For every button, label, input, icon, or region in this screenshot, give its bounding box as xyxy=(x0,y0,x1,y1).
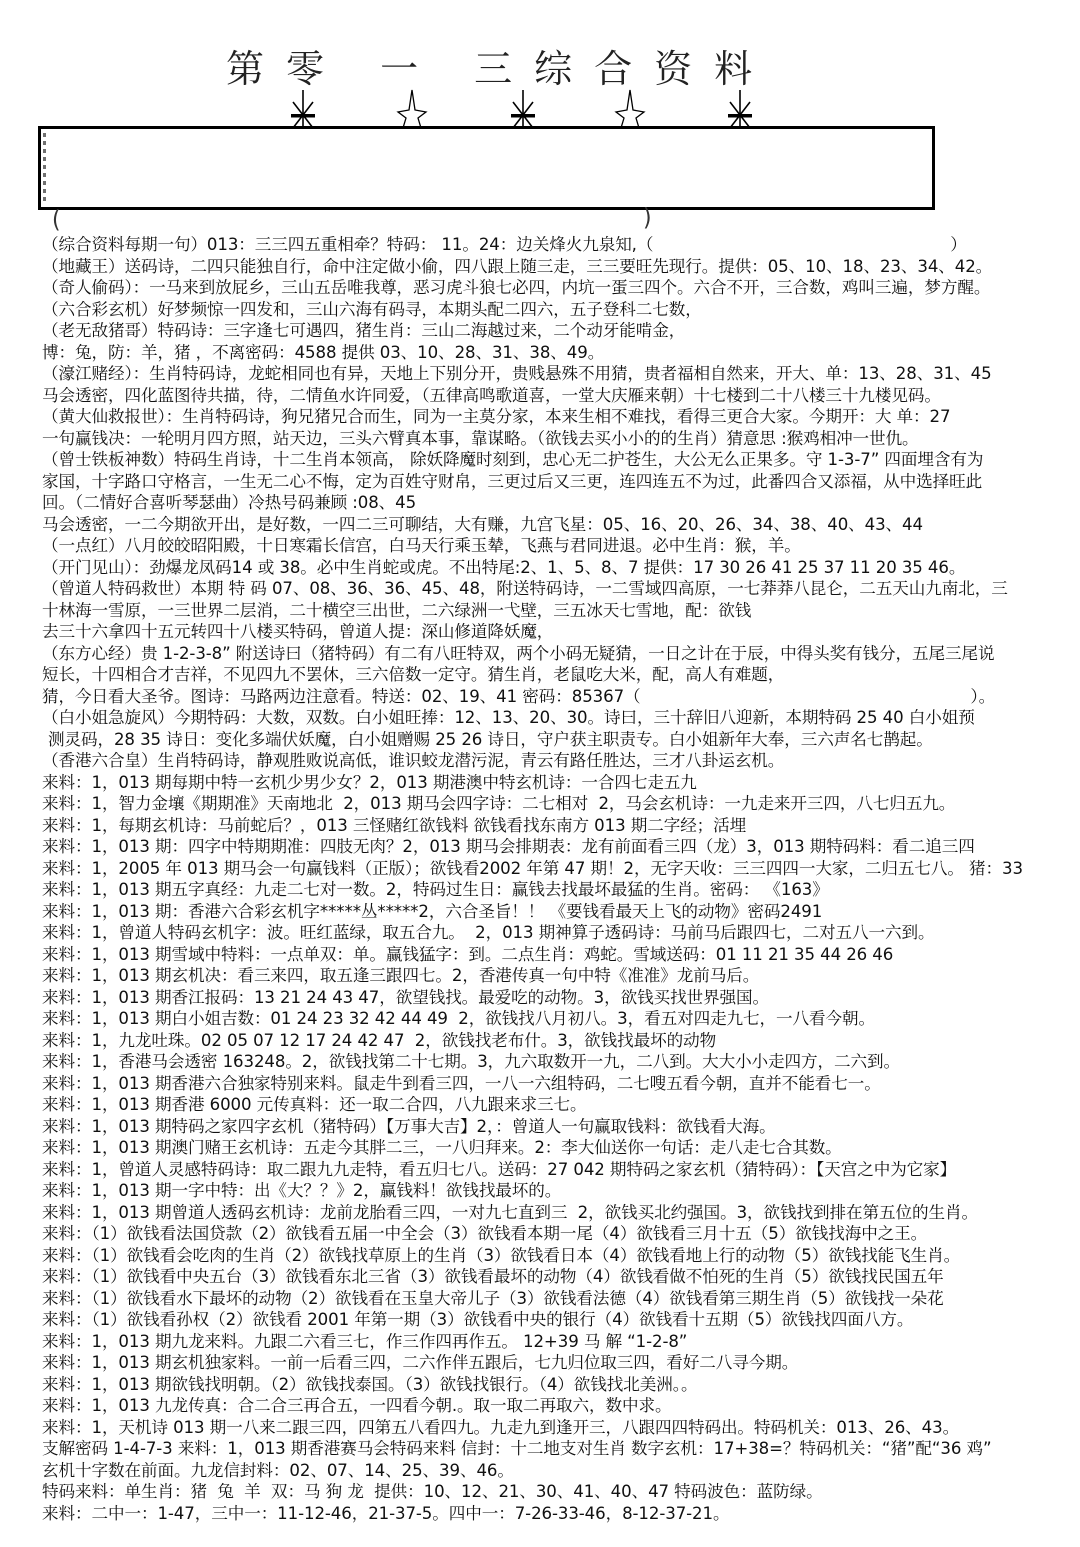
open-paren: ( xyxy=(52,207,61,235)
text-line: 来料：1，013 期澳门赌王玄机诗：五走今其胖二三，一八归拜来。2：李大仙送你一… xyxy=(42,1137,1076,1159)
text-line: 来料：（1）欲钱看中央五台（3）欲钱看东北三省（3）欲钱看最坏的动物（4）欲钱看… xyxy=(42,1266,1076,1288)
text-line: （地藏王）送码诗，二四只能独自行，命中注定做小偷，四八跟上随三走，三三要旺先现行… xyxy=(42,256,1076,278)
text-line: 测灵码，28 35 诗日：变化多端伏妖魔，白小姐赠赐 25 26 诗日，守户获主… xyxy=(42,729,1076,751)
text-line: （开门见山）：劲爆龙凤码14 或 38。必中生肖蛇或虎。不出特尾:2、1、5、8… xyxy=(42,557,1076,579)
text-line: 十林海一雪原，一三世界二层消，二十横空三出世，二六绿洲一弋壁，三五冰天七雪地，配… xyxy=(42,600,1076,622)
text-line: 来料：1，香港马会透密 163248。2，欲钱找第二十七期。3，九六取数开一九，… xyxy=(42,1051,1076,1073)
text-line: 来料：1，天机诗 013 期一八来二跟三四，四第五八看四九。九走九到逢开三，八跟… xyxy=(42,1417,1076,1439)
text-line: （濠江赌经）：生肖特码诗，龙蛇相同也有异，天地上下别分开，贵贱悬殊不用猜，贵者福… xyxy=(42,363,1076,385)
text-line: （综合资料每期一句）013：三三四五重相牵？特码： 11。24：边关烽火九泉知,… xyxy=(42,234,1076,256)
text-line: （曾士铁板神数）特码生肖诗，十二生肖本领高， 除妖降魔时刻到，忠心无二护苍生，大… xyxy=(42,449,1076,471)
text-line: （东方心经）贵 1-2-3-8” 附送诗曰（猪特码）有二有八旺特双，两个小码无疑… xyxy=(42,643,1076,665)
asterisk-star-icon xyxy=(723,88,757,128)
text-line: 来料：1，013 期：香港六合彩玄机字*****丛*****2，六合圣旨！！ 《… xyxy=(42,901,1076,923)
text-line: 来料：1，曾道人特码玄机字：波。旺红蓝绿，取五合九。 2，013 期神算子透码诗… xyxy=(42,922,1076,944)
text-line: 来料：1，013 期玄机独家料。一前一后看三四，二六作伴五跟后，七九归位取三四，… xyxy=(42,1352,1076,1374)
text-line: 马会透密，四化蓝图待共描，待，二情鱼水许同爱，（五律高鸣歌道喜，一堂大庆雁来朝）… xyxy=(42,385,1076,407)
asterisk-star-icon xyxy=(286,88,320,128)
text-line: 来料：（1）欲钱看会吃肉的生肖（2）欲钱找草原上的生肖（3）欲钱看日本（4）欲钱… xyxy=(42,1245,1076,1267)
text-line: （白小姐急旋风）今期特码：大数，双数。白小姐旺捧：12、13、20、30。诗曰，… xyxy=(42,707,1076,729)
close-paren: ) xyxy=(643,205,652,233)
text-line: 来料：1，013 期香港 6000 元传真料：还一取二合四，八九跟来求三七。 xyxy=(42,1094,1076,1116)
text-line: 来料：1，九龙吐珠。02 05 07 12 17 24 42 47 2，欲钱找老… xyxy=(42,1030,1076,1052)
text-line: （奇人偷码）：一马来到放屁乡，三山五岳唯我尊，恶习虎斗狼七必四，内坑一蛋三四个。… xyxy=(42,277,1076,299)
text-line: 去三十六拿四十五元转四十八楼买特码，曾道人提：深山修道降妖魔， xyxy=(42,621,1076,643)
text-line: 来料：1，013 期九龙来料。九跟二六看三七，作三作四再作五。 12+39 马 … xyxy=(42,1331,1076,1353)
text-line: 来料：1，013 期玄机决：看三来四，取五逢三跟四七。2，香港传真一句中特《准准… xyxy=(42,965,1076,987)
text-line: 来料：1，013 期曾道人透码玄机诗：龙前龙胎看三四，一对九七直到三 2，欲钱买… xyxy=(42,1202,1076,1224)
text-line: 马会透密，一二今期欲开出，是好数，一四二三可聊结，大有赚，九宫飞星：05、16、… xyxy=(42,514,1076,536)
text-line: （黄大仙救报世）：生肖特码诗，狗兄猪兄合而生，同为一主莫分家，本来生相不难找，看… xyxy=(42,406,1076,428)
text-line: 来料：1，013 期五字真经：九走二七对一数。2，特码过生日：赢钱去找最坏最猛的… xyxy=(42,879,1076,901)
text-line: 来料：1，013 期欲钱找明朝。（2）欲钱找泰国。（3）欲钱找银行。（4）欲钱找… xyxy=(42,1374,1076,1396)
outline-star-icon xyxy=(395,88,429,128)
text-line: 回。（二情好合喜听琴瑟曲）冷热号码兼顾 :08、45 xyxy=(42,492,1076,514)
text-line: 来料：二中一：1-47，三中一：11-12-46，21-37-5。四中一：7-2… xyxy=(42,1503,1076,1525)
text-line: （六合彩玄机）好梦频惊一四发和，三山六海有码寻，本期头配二四六，五子登科二七数， xyxy=(42,299,1076,321)
banner-box xyxy=(38,126,935,210)
text-line: 来料：1，013 期雪域中特料：一点单双：单。赢钱猛字：到。二点生肖：鸡蛇。雪域… xyxy=(42,944,1076,966)
document-body: （综合资料每期一句）013：三三四五重相牵？特码： 11。24：边关烽火九泉知,… xyxy=(42,234,1076,1524)
text-line: 短长，十四相合才吉祥，不见四九不罢休，三六倍数一定守。猜生肖，老鼠吃大米，配，高… xyxy=(42,664,1076,686)
text-line: 来料：1，2005 年 013 期马会一句赢钱料（正版）；欲钱看2002 年第 … xyxy=(42,858,1076,880)
asterisk-star-icon xyxy=(506,88,540,128)
text-line: 支解密码 1-4-7-3 来料：1，013 期香港赛马会特码来料 信封：十二地支… xyxy=(42,1438,1076,1460)
text-line: 来料：1，013 九龙传真：合二合三再合五，一四看今朝.。取一取二再取六，数中求… xyxy=(42,1395,1076,1417)
text-line: 来料：1，013 期：四字中特期期准：四肢无肉？2，013 期马会排期表：龙有前… xyxy=(42,836,1076,858)
text-line: 来料：1，曾道人灵感特码诗：取二跟九九走特，看五归七八。送码：27 042 期特… xyxy=(42,1159,1076,1181)
text-line: 来料：1，013 期香江报码：13 21 24 43 47，欲望钱找。最爱吃的动… xyxy=(42,987,1076,1009)
text-line: 来料：1，013 期香港六合独家特别来料。鼠走牛到看三四，一八一六组特码，二七嗖… xyxy=(42,1073,1076,1095)
text-line: 玄机十字数在前面。九龙信封料：02、07、14、25、39、46。 xyxy=(42,1460,1076,1482)
scan-noise xyxy=(43,133,46,203)
text-line: 家国，十字路口守格言，一生无二心不悔，定为百姓守财帛，三更过后又三更，连四连五不… xyxy=(42,471,1076,493)
text-line: 猜，今日看大圣爷。图诗：马路两边注意看。特送：02、19、41 密码：85367… xyxy=(42,686,1076,708)
text-line: 来料：（1）欲钱看孙权（2）欲钱看 2001 年第一期（3）欲钱看中央的银行（4… xyxy=(42,1309,1076,1331)
text-line: 特码来料：单生肖：猪 兔 羊 双：马 狗 龙 提供：10、12、21、30、41… xyxy=(42,1481,1076,1503)
text-line: 博：兔，防：羊，猪 ，不离密码：4588 提供 03、10、28、31、38、4… xyxy=(42,342,1076,364)
text-line: （香港六合皇）生肖特码诗，静观胜败说高低，谁识蛟龙潜污泥，青云有路任胜达，三才八… xyxy=(42,750,1076,772)
outline-star-icon xyxy=(613,88,647,128)
text-line: 来料：1，智力金壤《期期准》天南地北 2，013 期马会四字诗：二七相对 2，马… xyxy=(42,793,1076,815)
page-title: 第零 一 三综合资料 xyxy=(226,38,774,93)
text-line: 来料：（1）欲钱看法国贷款（2）欲钱看五届一中全会（3）欲钱看本期一尾（4）欲钱… xyxy=(42,1223,1076,1245)
text-line: 来料：1，每期玄机诗：马前蛇后？，013 三怪赌红欲钱料 欲钱看找东南方 013… xyxy=(42,815,1076,837)
text-line: （曾道人特码救世）本期 特 码 07、08、36、36、45、48，附送特码诗，… xyxy=(42,578,1076,600)
text-line: 来料：1，013 期一字中特：出《大？？》2，赢钱料！欲钱找最坏的。 xyxy=(42,1180,1076,1202)
text-line: （一点红）八月皎皎昭阳殿，十日寒霜长信宫，白马天行乘玉辇，飞燕与君同进退。必中生… xyxy=(42,535,1076,557)
star-row xyxy=(0,88,1080,130)
text-line: 来料：1，013 期每期中特一玄机少男少女？2，013 期港澳中特玄机诗：一合四… xyxy=(42,772,1076,794)
text-line: 一句赢钱决：一轮明月四方照，站天边，三头六臂真本事，靠谋略。（欲钱去买小小的的生… xyxy=(42,428,1076,450)
text-line: 来料：1，013 期特码之家四字玄机（猪特码）【万事大吉】2，：曾道人一句赢取钱… xyxy=(42,1116,1076,1138)
text-line: 来料：（1）欲钱看水下最坏的动物（2）欲钱看在玉皇大帝儿子（3）欲钱看法德（4）… xyxy=(42,1288,1076,1310)
text-line: 来料：1，013 期白小姐吉数：01 24 23 32 42 44 49 2，欲… xyxy=(42,1008,1076,1030)
text-line: （老无敌猪哥）特码诗：三字逢七可遇四，猪生肖：三山二海越过来，二个动牙能啃金， xyxy=(42,320,1076,342)
